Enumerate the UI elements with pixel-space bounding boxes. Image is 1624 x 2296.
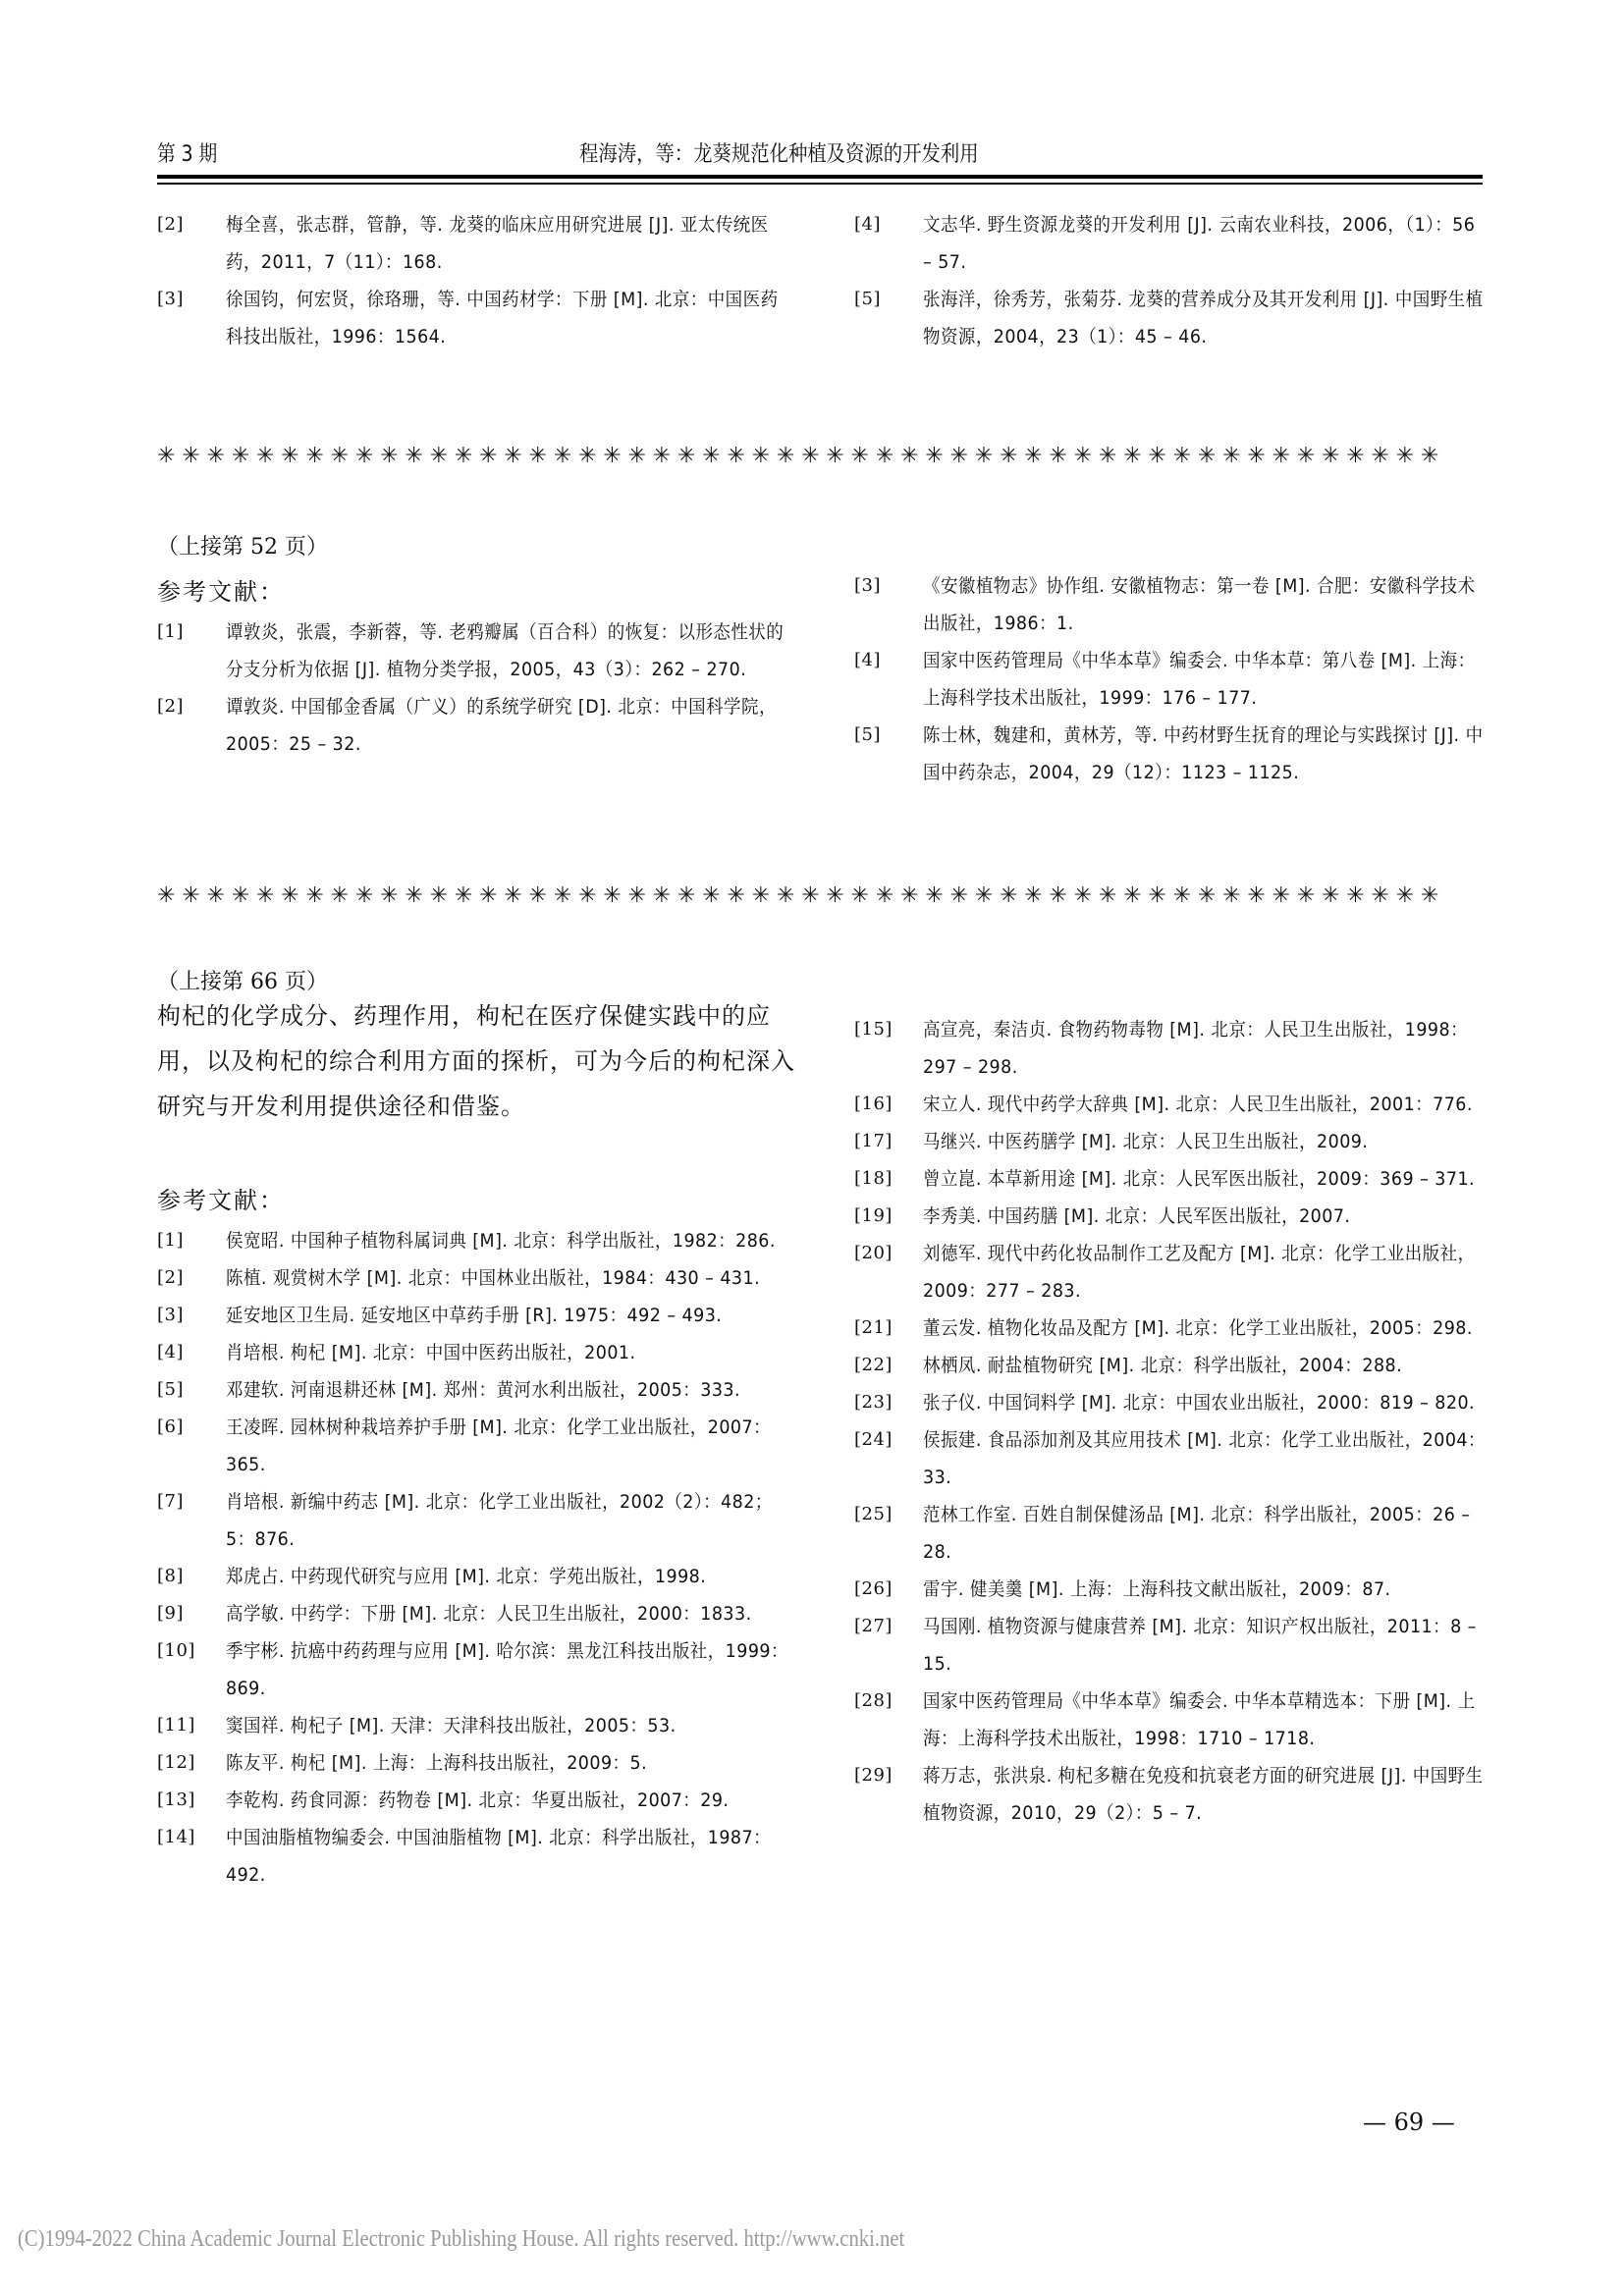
- continued-note: （上接第 52 页）: [157, 530, 328, 561]
- reference-number: [14]: [157, 1819, 216, 1856]
- reference-number: [4]: [854, 642, 913, 679]
- reference-number: [6]: [157, 1409, 216, 1446]
- reference-number: [27]: [854, 1608, 913, 1645]
- reference-number: [3]: [157, 281, 216, 318]
- reference-text: 窦国祥. 枸杞子 [M]. 天津：天津科技出版社，2005：53.: [226, 1707, 791, 1744]
- reference-item: [7]肖培根. 新编中药志 [M]. 北京：化学工业出版社，2002（2）：48…: [157, 1483, 795, 1558]
- reference-item: [2]陈植. 观赏树木学 [M]. 北京：中国林业出版社，1984：430 – …: [157, 1259, 795, 1297]
- reference-text: 蒋万志，张洪泉. 枸杞多糖在免疫和抗衰老方面的研究进展 [J]. 中国野生植物资…: [923, 1757, 1489, 1832]
- block1-right-column: [4]文志华. 野生资源龙葵的开发利用 [J]. 云南农业科技，2006，（1）…: [854, 206, 1492, 355]
- reference-text: 谭敦炎. 中国郁金香属（广义）的系统学研究 [D]. 北京：中国科学院，2005…: [226, 688, 791, 763]
- reference-item: [3]《安徽植物志》协作组. 安徽植物志：第一卷 [M]. 合肥：安徽科学技术出…: [854, 567, 1492, 642]
- reference-number: [18]: [854, 1160, 913, 1198]
- reference-number: [11]: [157, 1707, 216, 1744]
- issue-number: 第 3 期: [157, 137, 217, 168]
- asterisk-separator: ✳✳✳✳✳✳✳✳✳✳✳✳✳✳✳✳✳✳✳✳✳✳✳✳✳✳✳✳✳✳✳✳✳✳✳✳✳✳✳✳…: [157, 883, 1492, 908]
- references-heading: 参考文献：: [157, 1181, 285, 1215]
- reference-text: 郑虎占. 中药现代研究与应用 [M]. 北京：学苑出版社，1998.: [226, 1558, 791, 1595]
- reference-text: 雷宇. 健美羹 [M]. 上海：上海科技文献出版社，2009：87.: [923, 1571, 1489, 1608]
- reference-item: [19]李秀美. 中国药膳 [M]. 北京：人民军医出版社，2007.: [854, 1198, 1492, 1235]
- reference-item: [27]马国刚. 植物资源与健康营养 [M]. 北京：知识产权出版社，2011：…: [854, 1608, 1492, 1682]
- reference-text: 侯振建. 食品添加剂及其应用技术 [M]. 北京：化学工业出版社，2004：33…: [923, 1421, 1489, 1496]
- reference-item: [1]侯宽昭. 中国种子植物科属词典 [M]. 北京：科学出版社，1982：28…: [157, 1222, 795, 1259]
- block3-right-column: [15]高宣亮，秦洁贞. 食物药物毒物 [M]. 北京：人民卫生出版社，1998…: [854, 1011, 1492, 1832]
- reference-text: 马国刚. 植物资源与健康营养 [M]. 北京：知识产权出版社，2011：8 – …: [923, 1608, 1489, 1682]
- reference-item: [23]张子仪. 中国饲料学 [M]. 北京：中国农业出版社，2000：819 …: [854, 1384, 1492, 1421]
- reference-item: [4]国家中医药管理局《中华本草》编委会. 中华本草：第八卷 [M]. 上海：上…: [854, 642, 1492, 717]
- reference-number: [23]: [854, 1384, 913, 1421]
- reference-number: [12]: [157, 1744, 216, 1782]
- reference-text: 国家中医药管理局《中华本草》编委会. 中华本草：第八卷 [M]. 上海：上海科学…: [923, 642, 1489, 717]
- reference-number: [20]: [854, 1235, 913, 1272]
- reference-item: [6]王凌晖. 园林树种栽培养护手册 [M]. 北京：化学工业出版社，2007：…: [157, 1409, 795, 1483]
- reference-item: [28]国家中医药管理局《中华本草》编委会. 中华本草精选本：下册 [M]. 上…: [854, 1682, 1492, 1757]
- reference-text: 李秀美. 中国药膳 [M]. 北京：人民军医出版社，2007.: [923, 1198, 1489, 1235]
- reference-text: 范林工作室. 百姓自制保健汤品 [M]. 北京：科学出版社，2005：26 – …: [923, 1496, 1489, 1571]
- reference-number: [16]: [854, 1086, 913, 1123]
- reference-number: [5]: [157, 1371, 216, 1409]
- reference-number: [22]: [854, 1347, 913, 1384]
- reference-number: [21]: [854, 1309, 913, 1347]
- reference-number: [26]: [854, 1571, 913, 1608]
- reference-text: 马继兴. 中医药膳学 [M]. 北京：人民卫生出版社，2009.: [923, 1123, 1489, 1160]
- reference-item: [20]刘德军. 现代中药化妆品制作工艺及配方 [M]. 北京：化学工业出版社，…: [854, 1235, 1492, 1309]
- reference-item: [2]梅全喜，张志群，管静，等. 龙葵的临床应用研究进展 [J]. 亚太传统医药…: [157, 206, 795, 281]
- reference-item: [5]张海洋，徐秀芳，张菊芬. 龙葵的营养成分及其开发利用 [J]. 中国野生植…: [854, 281, 1492, 355]
- reference-text: 董云发. 植物化妆品及配方 [M]. 北京：化学工业出版社，2005：298.: [923, 1309, 1489, 1347]
- reference-item: [18]曾立崑. 本草新用途 [M]. 北京：人民军医出版社，2009：369 …: [854, 1160, 1492, 1198]
- reference-number: [10]: [157, 1632, 216, 1670]
- continued-note: （上接第 66 页）: [157, 965, 328, 995]
- reference-item: [21]董云发. 植物化妆品及配方 [M]. 北京：化学工业出版社，2005：2…: [854, 1309, 1492, 1347]
- reference-item: [8]郑虎占. 中药现代研究与应用 [M]. 北京：学苑出版社，1998.: [157, 1558, 795, 1595]
- reference-text: 李乾构. 药食同源：药物卷 [M]. 北京：华夏出版社，2007：29.: [226, 1782, 791, 1819]
- reference-text: 王凌晖. 园林树种栽培养护手册 [M]. 北京：化学工业出版社，2007：365…: [226, 1409, 791, 1483]
- reference-text: 曾立崑. 本草新用途 [M]. 北京：人民军医出版社，2009：369 – 37…: [923, 1160, 1489, 1198]
- reference-number: [19]: [854, 1198, 913, 1235]
- reference-text: 张子仪. 中国饲料学 [M]. 北京：中国农业出版社，2000：819 – 82…: [923, 1384, 1489, 1421]
- reference-text: 谭敦炎，张震，李新蓉，等. 老鸦瓣属（百合科）的恢复：以形态性状的分支分析为依据…: [226, 614, 791, 688]
- reference-number: [25]: [854, 1496, 913, 1533]
- reference-number: [3]: [157, 1297, 216, 1334]
- reference-text: 《安徽植物志》协作组. 安徽植物志：第一卷 [M]. 合肥：安徽科学技术出版社，…: [923, 567, 1489, 642]
- reference-text: 陈士林，魏建和，黄林芳，等. 中药材野生抚育的理论与实践探讨 [J]. 中国中药…: [923, 717, 1489, 791]
- body-paragraph: 枸杞的化学成分、药理作用，枸杞在医疗保健实践中的应用，以及枸杞的综合利用方面的探…: [157, 993, 795, 1129]
- reference-item: [4]文志华. 野生资源龙葵的开发利用 [J]. 云南农业科技，2006，（1）…: [854, 206, 1492, 281]
- reference-item: [3]徐国钧，何宏贤，徐珞珊，等. 中国药材学：下册 [M]. 北京：中国医药科…: [157, 281, 795, 355]
- block1-left-column: [2]梅全喜，张志群，管静，等. 龙葵的临床应用研究进展 [J]. 亚太传统医药…: [157, 206, 795, 355]
- reference-text: 肖培根. 枸杞 [M]. 北京：中国中医药出版社，2001.: [226, 1334, 791, 1371]
- reference-number: [5]: [854, 717, 913, 754]
- reference-item: [26]雷宇. 健美羹 [M]. 上海：上海科技文献出版社，2009：87.: [854, 1571, 1492, 1608]
- reference-text: 季宇彬. 抗癌中药药理与应用 [M]. 哈尔滨：黑龙江科技出版社，1999：86…: [226, 1632, 791, 1707]
- page-number: — 69 —: [1363, 2109, 1455, 2136]
- reference-number: [15]: [854, 1011, 913, 1048]
- references-heading: 参考文献：: [157, 572, 285, 607]
- reference-item: [13]李乾构. 药食同源：药物卷 [M]. 北京：华夏出版社，2007：29.: [157, 1782, 795, 1819]
- reference-item: [5]陈士林，魏建和，黄林芳，等. 中药材野生抚育的理论与实践探讨 [J]. 中…: [854, 717, 1492, 791]
- reference-text: 刘德军. 现代中药化妆品制作工艺及配方 [M]. 北京：化学工业出版社，2009…: [923, 1235, 1489, 1309]
- running-header: 第 3 期 程海涛，等：龙葵规范化种植及资源的开发利用: [157, 137, 1483, 177]
- block3-left-column: [1]侯宽昭. 中国种子植物科属词典 [M]. 北京：科学出版社，1982：28…: [157, 1222, 795, 1894]
- reference-item: [17]马继兴. 中医药膳学 [M]. 北京：人民卫生出版社，2009.: [854, 1123, 1492, 1160]
- reference-item: [3]延安地区卫生局. 延安地区中草药手册 [R]. 1975：492 – 49…: [157, 1297, 795, 1334]
- reference-number: [24]: [854, 1421, 913, 1459]
- reference-item: [11]窦国祥. 枸杞子 [M]. 天津：天津科技出版社，2005：53.: [157, 1707, 795, 1744]
- reference-number: [2]: [157, 688, 216, 725]
- reference-number: [3]: [854, 567, 913, 605]
- reference-number: [17]: [854, 1123, 913, 1160]
- reference-item: [5]邓建软. 河南退耕还林 [M]. 郑州：黄河水利出版社，2005：333.: [157, 1371, 795, 1409]
- reference-number: [1]: [157, 614, 216, 651]
- running-title: 程海涛，等：龙葵规范化种植及资源的开发利用: [579, 137, 979, 168]
- reference-text: 林栖凤. 耐盐植物研究 [M]. 北京：科学出版社，2004：288.: [923, 1347, 1489, 1384]
- reference-number: [5]: [854, 281, 913, 318]
- reference-text: 宋立人. 现代中药学大辞典 [M]. 北京：人民卫生出版社，2001：776.: [923, 1086, 1489, 1123]
- copyright-footer: (C)1994-2022 China Academic Journal Elec…: [18, 2226, 904, 2253]
- reference-item: [16]宋立人. 现代中药学大辞典 [M]. 北京：人民卫生出版社，2001：7…: [854, 1086, 1492, 1123]
- reference-text: 中国油脂植物编委会. 中国油脂植物 [M]. 北京：科学出版社，1987：492…: [226, 1819, 791, 1894]
- reference-item: [10]季宇彬. 抗癌中药药理与应用 [M]. 哈尔滨：黑龙江科技出版社，199…: [157, 1632, 795, 1707]
- reference-text: 邓建软. 河南退耕还林 [M]. 郑州：黄河水利出版社，2005：333.: [226, 1371, 791, 1409]
- reference-text: 延安地区卫生局. 延安地区中草药手册 [R]. 1975：492 – 493.: [226, 1297, 791, 1334]
- reference-item: [24]侯振建. 食品添加剂及其应用技术 [M]. 北京：化学工业出版社，200…: [854, 1421, 1492, 1496]
- reference-number: [8]: [157, 1558, 216, 1595]
- reference-text: 梅全喜，张志群，管静，等. 龙葵的临床应用研究进展 [J]. 亚太传统医药，20…: [226, 206, 791, 281]
- reference-number: [28]: [854, 1682, 913, 1720]
- reference-item: [14]中国油脂植物编委会. 中国油脂植物 [M]. 北京：科学出版社，1987…: [157, 1819, 795, 1894]
- reference-number: [7]: [157, 1483, 216, 1521]
- header-rule-thin: [157, 183, 1483, 185]
- header-rule-thick: [157, 175, 1483, 179]
- reference-item: [4]肖培根. 枸杞 [M]. 北京：中国中医药出版社，2001.: [157, 1334, 795, 1371]
- reference-text: 高学敏. 中药学：下册 [M]. 北京：人民卫生出版社，2000：1833.: [226, 1595, 791, 1632]
- reference-text: 国家中医药管理局《中华本草》编委会. 中华本草精选本：下册 [M]. 上海：上海…: [923, 1682, 1489, 1757]
- reference-text: 侯宽昭. 中国种子植物科属词典 [M]. 北京：科学出版社，1982：286.: [226, 1222, 791, 1259]
- reference-item: [25]范林工作室. 百姓自制保健汤品 [M]. 北京：科学出版社，2005：2…: [854, 1496, 1492, 1571]
- reference-text: 肖培根. 新编中药志 [M]. 北京：化学工业出版社，2002（2）：482；5…: [226, 1483, 791, 1558]
- reference-text: 徐国钧，何宏贤，徐珞珊，等. 中国药材学：下册 [M]. 北京：中国医药科技出版…: [226, 281, 791, 355]
- reference-text: 高宣亮，秦洁贞. 食物药物毒物 [M]. 北京：人民卫生出版社，1998：297…: [923, 1011, 1489, 1086]
- reference-number: [29]: [854, 1757, 913, 1794]
- reference-text: 文志华. 野生资源龙葵的开发利用 [J]. 云南农业科技，2006，（1）：56…: [923, 206, 1489, 281]
- reference-text: 张海洋，徐秀芳，张菊芬. 龙葵的营养成分及其开发利用 [J]. 中国野生植物资源…: [923, 281, 1489, 355]
- reference-number: [1]: [157, 1222, 216, 1259]
- asterisk-separator: ✳✳✳✳✳✳✳✳✳✳✳✳✳✳✳✳✳✳✳✳✳✳✳✳✳✳✳✳✳✳✳✳✳✳✳✳✳✳✳✳…: [157, 444, 1492, 468]
- reference-item: [29]蒋万志，张洪泉. 枸杞多糖在免疫和抗衰老方面的研究进展 [J]. 中国野…: [854, 1757, 1492, 1832]
- reference-item: [12]陈友平. 枸杞 [M]. 上海：上海科技出版社，2009：5.: [157, 1744, 795, 1782]
- reference-number: [13]: [157, 1782, 216, 1819]
- reference-text: 陈植. 观赏树木学 [M]. 北京：中国林业出版社，1984：430 – 431…: [226, 1259, 791, 1297]
- reference-number: [4]: [854, 206, 913, 243]
- reference-item: [22]林栖凤. 耐盐植物研究 [M]. 北京：科学出版社，2004：288.: [854, 1347, 1492, 1384]
- reference-item: [1]谭敦炎，张震，李新蓉，等. 老鸦瓣属（百合科）的恢复：以形态性状的分支分析…: [157, 614, 795, 688]
- reference-number: [9]: [157, 1595, 216, 1632]
- block2-left-column: [1]谭敦炎，张震，李新蓉，等. 老鸦瓣属（百合科）的恢复：以形态性状的分支分析…: [157, 614, 795, 763]
- reference-text: 陈友平. 枸杞 [M]. 上海：上海科技出版社，2009：5.: [226, 1744, 791, 1782]
- reference-item: [15]高宣亮，秦洁贞. 食物药物毒物 [M]. 北京：人民卫生出版社，1998…: [854, 1011, 1492, 1086]
- reference-item: [2]谭敦炎. 中国郁金香属（广义）的系统学研究 [D]. 北京：中国科学院，2…: [157, 688, 795, 763]
- reference-item: [9]高学敏. 中药学：下册 [M]. 北京：人民卫生出版社，2000：1833…: [157, 1595, 795, 1632]
- reference-number: [4]: [157, 1334, 216, 1371]
- block2-right-column: [3]《安徽植物志》协作组. 安徽植物志：第一卷 [M]. 合肥：安徽科学技术出…: [854, 567, 1492, 791]
- reference-number: [2]: [157, 1259, 216, 1297]
- reference-number: [2]: [157, 206, 216, 243]
